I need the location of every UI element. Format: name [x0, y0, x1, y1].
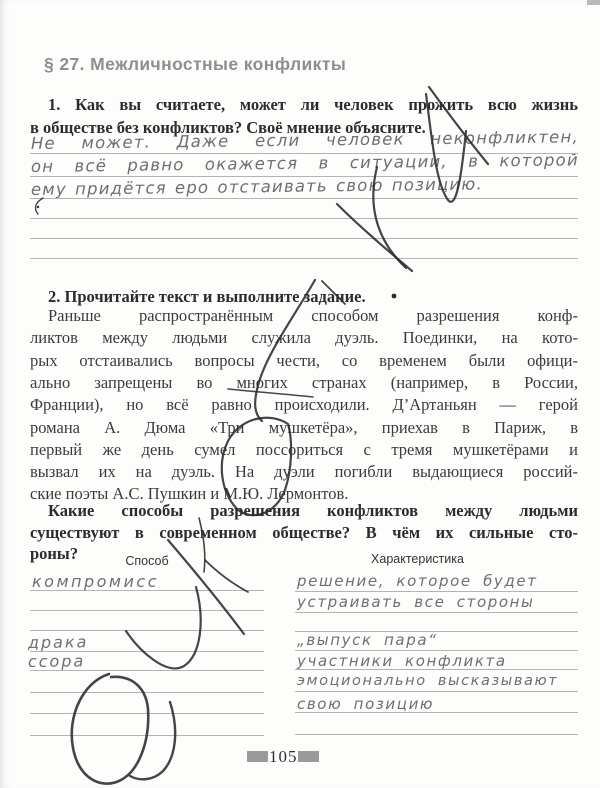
handwritten-characteristic: решение, которое будет: [297, 572, 538, 590]
section-header: § 27. Межличностные конфликты: [44, 54, 524, 75]
handwritten-method: драка: [28, 632, 89, 652]
handwritten-method: компромисс: [32, 572, 159, 591]
handwritten-characteristic: участники конфликта: [297, 652, 507, 670]
rule-line: [295, 691, 578, 692]
table-header-method: Способ: [30, 554, 264, 568]
rule-line: [295, 734, 578, 735]
ink-dot: [37, 206, 39, 208]
rule-line: [30, 630, 264, 631]
question2-task-line: существуют в современном обществе? В чём…: [30, 521, 578, 544]
footer-right-bar: [298, 751, 319, 762]
scribble-stroke: [126, 587, 201, 668]
rule-line: [30, 713, 264, 714]
handwritten-answer-line: ему придётся еро отстаивать свою позицию…: [31, 174, 483, 199]
passage-line: ликтов между людьми служила дуэль. Поеди…: [30, 327, 578, 349]
rule-line: [30, 692, 264, 693]
handwritten-characteristic: эмоционально высказывают: [297, 673, 558, 689]
handwritten-characteristic: свою позицию: [297, 695, 434, 713]
handwritten-answer-line: он всё равно окажется в ситуации, в кото…: [31, 150, 579, 176]
passage-line: Раньше распространённым способом разреше…: [30, 305, 578, 327]
rule-line: [30, 735, 264, 736]
rule-line: [295, 650, 578, 651]
rule-line: [30, 153, 578, 154]
passage-line: вызвал их на дуэль. На дуэли погибли выд…: [30, 461, 578, 483]
page-number: 105: [269, 747, 298, 767]
table-header-characteristic: Характеристика: [295, 552, 540, 566]
scribble-stroke: [72, 674, 148, 784]
handwritten-characteristic: устраивать все стороны: [297, 593, 535, 611]
footer-left-bar: [247, 751, 268, 762]
rule-line: [295, 612, 578, 613]
rule-line: [30, 198, 578, 199]
scan-corner-mark: [587, 0, 600, 5]
passage-line: первый же день сумел поссориться с тремя…: [30, 439, 578, 461]
passage-line: романа А. Дюма «Три мушкетёра», приехав …: [30, 417, 578, 439]
passage-line: Франции), но всё равно происходили. Д’Ар…: [30, 394, 578, 416]
rule-line: [30, 610, 264, 611]
question2-task-line: Какие способы разрешения конфликтов межд…: [30, 499, 578, 522]
rule-line: [295, 591, 578, 592]
handwritten-characteristic: „выпуск пара“: [297, 631, 438, 649]
passage-line: ально запрещены во многих странах (напри…: [30, 372, 578, 394]
rule-line: [30, 238, 578, 239]
handwritten-method: ссора: [28, 651, 86, 671]
scribble-stroke: [36, 198, 43, 214]
passage-line: рых отстаивались вопросы чести, со време…: [30, 350, 578, 372]
question1-prompt-line: 1. Как вы считаете, может ли человек про…: [30, 93, 578, 116]
rule-line: [30, 176, 578, 177]
rule-line: [30, 218, 578, 219]
rule-line: [30, 258, 578, 259]
workbook-page: § 27. Межличностные конфликты 1. Как вы …: [0, 0, 600, 788]
